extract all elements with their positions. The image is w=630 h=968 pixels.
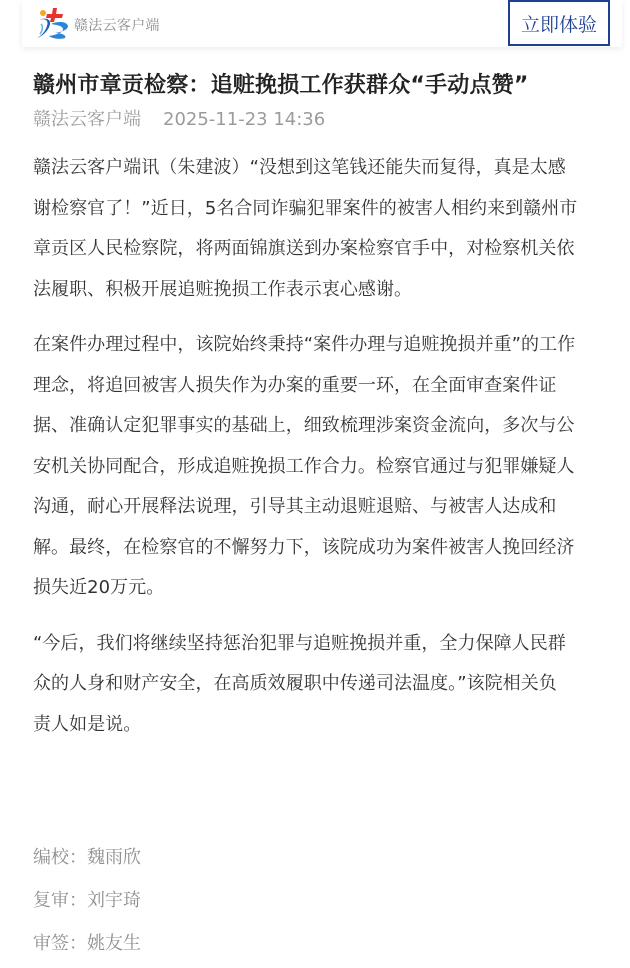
paragraph-line: “今后，我们将继续坚持惩治犯罪与追赃挽损并重，全力保障人民群 [33,624,610,665]
paragraph-line: 损失近20万元。 [33,568,610,609]
paragraph-line: 安机关协同配合，形成追赃挽损工作合力。检察官通过与犯罪嫌疑人 [33,447,610,488]
try-now-button[interactable]: 立即体验 [508,0,610,46]
paragraph: “今后，我们将继续坚持惩治犯罪与追赃挽损并重，全力保障人民群 众的人身和财产安全… [33,624,610,746]
paragraph: 在案件办理过程中，该院始终秉持“案件办理与追赃挽损并重”的工作 理念，将追回被害… [33,325,610,609]
article-datetime: 2025-11-23 14:36 [163,109,325,130]
paragraph-line: 据、准确认定犯罪事实的基础上，细致梳理涉案资金流向，多次与公 [33,406,610,447]
paragraph-line: 赣法云客户端讯（朱建波）“没想到这笔钱还能失而复得，真是太感 [33,148,610,189]
article-body: 赣法云客户端讯（朱建波）“没想到这笔钱还能失而复得，真是太感 谢检察官了！”近日… [33,148,610,745]
credit-approver: 审签：姚友生 [33,922,141,965]
app-header: 赣法云客户端 立即体验 [22,0,622,47]
paragraph-line: 在案件办理过程中，该院始终秉持“案件办理与追赃挽损并重”的工作 [33,325,610,366]
paragraph-line: 沟通，耐心开展释法说理，引导其主动退赃退赔、与被害人达成和 [33,487,610,528]
ganfayun-logo-icon [35,6,71,40]
paragraph-line: 众的人身和财产安全，在高质效履职中传递司法温度。”该院相关负 [33,664,610,705]
paragraph-line: 解。最终，在检察官的不懈努力下，该院成功为案件被害人挽回经济 [33,528,610,569]
article: 赣州市章贡检察：追赃挽损工作获群众“手动点赞” 赣法云客户端2025-11-23… [33,70,610,760]
brand-name: 赣法云客户端 [74,15,160,35]
paragraph-line: 谢检察官了！”近日，5名合同诈骗犯罪案件的被害人相约来到赣州市 [33,189,610,230]
article-title: 赣州市章贡检察：追赃挽损工作获群众“手动点赞” [33,70,610,102]
paragraph-line: 理念，将追回被害人损失作为办案的重要一环，在全面审查案件证 [33,366,610,407]
paragraph-line: 法履职、积极开展追赃挽损工作表示衷心感谢。 [33,270,610,311]
credit-reviewer: 复审：刘宇琦 [33,879,141,922]
article-source: 赣法云客户端 [33,109,141,130]
credit-editor: 编校：魏雨欣 [33,836,141,879]
editorial-credits: 编校：魏雨欣 复审：刘宇琦 审签：姚友生 [33,836,141,965]
paragraph-line: 责人如是说。 [33,705,610,746]
article-meta: 赣法云客户端2025-11-23 14:36 [33,108,610,132]
paragraph-line: 章贡区人民检察院，将两面锦旗送到办案检察官手中，对检察机关依 [33,229,610,270]
paragraph: 赣法云客户端讯（朱建波）“没想到这笔钱还能失而复得，真是太感 谢检察官了！”近日… [33,148,610,310]
